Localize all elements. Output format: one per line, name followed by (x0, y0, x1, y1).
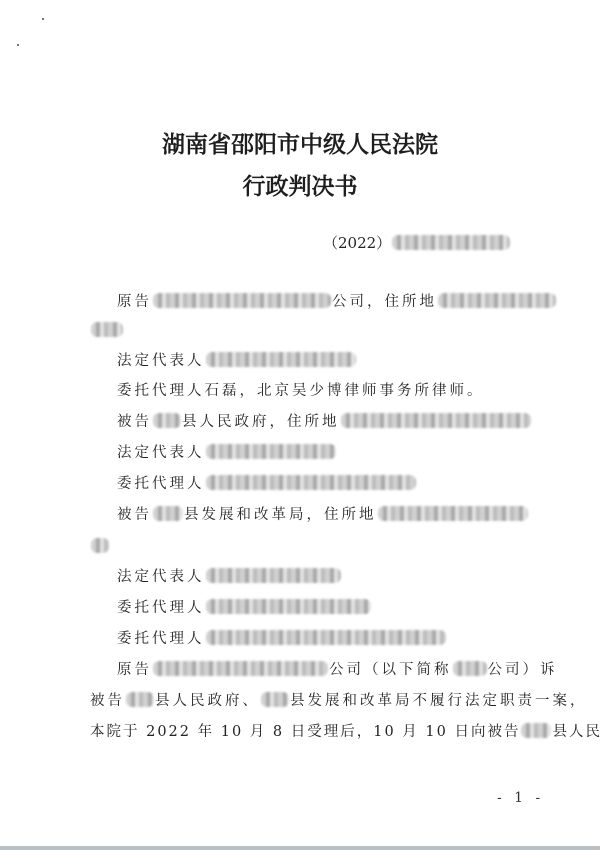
text: 原告 (117, 290, 152, 311)
redacted-short-name (453, 661, 487, 676)
text: 委托代理人 (117, 472, 205, 493)
redacted-county (153, 506, 183, 521)
document-page: 湖南省邵阳市中级人民法院 行政判决书 （2022） 原告 公司，住所地 法定代表… (0, 0, 600, 846)
text: 县发展和改革局，住所地 (184, 503, 377, 524)
redacted-defendant-1-address (341, 413, 531, 428)
line-body-3: 本院于 2022 年 10 月 8 日受理后，10 月 10 日向被告 县人民 (90, 719, 600, 741)
text: 被告 (117, 503, 152, 524)
text: 委托代理人 (117, 627, 205, 648)
line-defendant-2: 被告 县发展和改革局，住所地 (117, 502, 529, 524)
page-bottom-edge (0, 846, 600, 850)
line-plaintiff-address-cont (90, 318, 124, 340)
page-number: - 1 - (497, 790, 544, 806)
redacted-case-number (392, 235, 510, 250)
redacted-defendant-2-address-cont (91, 538, 109, 553)
redacted-plaintiff-address (438, 293, 556, 308)
redacted-legal-rep (206, 568, 341, 583)
redacted-county (153, 413, 181, 428)
line-defendant-2-address-cont (90, 534, 110, 556)
text: 委托代理人石磊，北京吴少博律师事务所律师。 (117, 379, 485, 400)
redacted-legal-rep (206, 444, 336, 459)
text: 原告 (117, 658, 152, 679)
text: 被告 (90, 689, 125, 710)
redacted-plaintiff-address-cont (91, 322, 123, 337)
scan-speck (42, 18, 44, 20)
line-plaintiff: 原告 公司，住所地 (117, 289, 557, 311)
redacted-agent (206, 475, 416, 490)
scan-speck (17, 44, 19, 46)
case-number-prefix: （2022） (323, 232, 391, 253)
line-defendant-2-agent-1: 委托代理人 (117, 595, 372, 617)
redacted-county (261, 692, 289, 707)
line-plaintiff-legal-rep: 法定代表人 (117, 348, 357, 370)
line-defendant-1-legal-rep: 法定代表人 (117, 440, 337, 462)
text: 公司（以下简称 (329, 658, 452, 679)
text: 县人民 (552, 720, 600, 741)
text: 法定代表人 (117, 349, 205, 370)
redacted-defendant-2-address (378, 506, 528, 521)
line-defendant-1: 被告 县人民政府，住所地 (117, 409, 532, 431)
document-type-title: 行政判决书 (0, 168, 600, 201)
text: 本院于 2022 年 10 月 8 日受理后，10 月 10 日向被告 (90, 720, 520, 741)
redacted-agent (206, 630, 446, 645)
line-defendant-1-agent: 委托代理人 (117, 471, 417, 493)
court-name-title: 湖南省邵阳市中级人民法院 (0, 126, 600, 159)
line-body-2: 被告 县人民政府、 县发展和改革局不履行法定职责一案， (90, 688, 588, 710)
text: 县发展和改革局不履行法定职责一案， (290, 689, 588, 710)
text: 被告 (117, 410, 152, 431)
redacted-agent (206, 599, 371, 614)
text: 县人民政府，住所地 (182, 410, 340, 431)
line-plaintiff-agent: 委托代理人石磊，北京吴少博律师事务所律师。 (117, 378, 485, 400)
redacted-county (521, 723, 551, 738)
text: 委托代理人 (117, 596, 205, 617)
redacted-plaintiff-name (153, 661, 328, 676)
line-body-1: 原告 公司（以下简称 公司）诉 (117, 657, 558, 679)
case-number: （2022） (323, 232, 511, 253)
text: 公司）诉 (488, 658, 558, 679)
redacted-plaintiff-name (153, 293, 331, 308)
redacted-legal-rep (206, 352, 356, 367)
text: 法定代表人 (117, 565, 205, 586)
line-defendant-2-agent-2: 委托代理人 (117, 626, 447, 648)
redacted-county (126, 692, 154, 707)
text: 县人民政府、 (155, 689, 260, 710)
text: 公司，住所地 (332, 290, 437, 311)
line-defendant-2-legal-rep: 法定代表人 (117, 564, 342, 586)
text: 法定代表人 (117, 441, 205, 462)
